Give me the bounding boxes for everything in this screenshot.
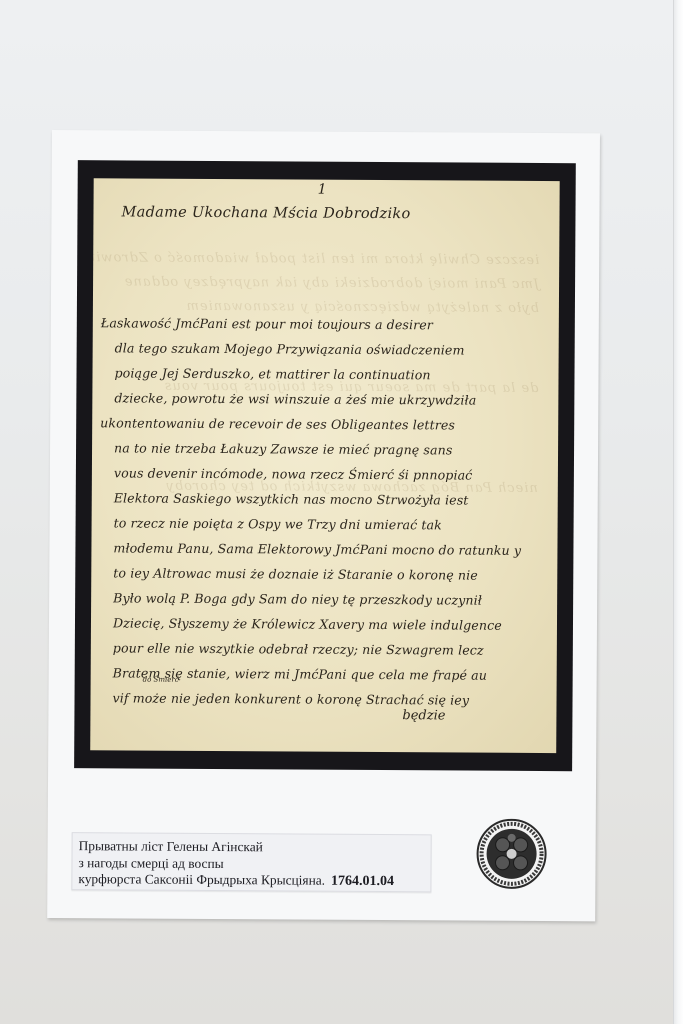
letter-line: dziecke, powrotu że wsi winszuie a żeś m… — [100, 385, 556, 413]
letter-line: vous devenir incómode, nowa rzecz Śmierć… — [100, 460, 556, 488]
letter-salutation: Madame Ukochana Mścia Dobrodziko — [121, 204, 410, 222]
caption-line-1: Прыватны ліст Гелены Агінскай — [79, 838, 431, 857]
caption-line-3-text: курфюрста Саксоніі Фрыдрыха Крысціяна. — [78, 871, 325, 888]
historic-letter: ieszcze Chwilę ktora mi ten list podał w… — [90, 178, 559, 753]
letter-line: na to nie trzeba Łakuzy Zawsze ie mieć p… — [100, 435, 556, 463]
letter-line: ukontentowaniu de recevoir de ses Oblige… — [100, 410, 556, 438]
black-frame: ieszcze Chwilę ktora mi ten list podał w… — [74, 160, 576, 771]
exhibit-poster: ieszcze Chwilę ktora mi ten list podał w… — [47, 130, 600, 921]
letter-line: Dziecię, Słyszemy że Królewicz Xavery ma… — [99, 610, 555, 638]
letter-line: to rzecz nie poięta z Ospy we Trzy dni u… — [100, 510, 556, 538]
wall-corner-edge — [673, 0, 683, 1024]
letter-line: Było wolą P. Boga gdy Sam do niey tę prz… — [99, 585, 555, 613]
letter-line: pour elle nie wszytkie odebrał rzeczy; n… — [99, 635, 555, 663]
letter-line: Elektora Saskiego wszytkich nas mocno St… — [100, 485, 556, 513]
library-seal-icon — [475, 818, 547, 890]
letter-line: Bratem się stanie, wierz mi JmćPani que … — [99, 660, 555, 688]
letter-line: Łaskawość JmćPani est pour moi toujours … — [101, 310, 557, 338]
ink-bleed-through: Jmc Pani moiej dobrodzieki aby iak naypr… — [113, 274, 539, 292]
ink-bleed-through: ieszcze Chwilę ktora mi ten list podał w… — [113, 250, 539, 268]
interlinear-note: do Śmierć — [143, 676, 179, 684]
exhibit-caption: Прыватны ліст Гелены Агінскай з нагоды с… — [71, 832, 431, 892]
page-number: 1 — [318, 182, 327, 198]
letter-line: młodemu Panu, Sama Elektorowy JmćPani mo… — [99, 535, 555, 563]
letter-line: to iey Altrowac musi że doznaie iż Stara… — [99, 560, 555, 588]
caption-line-3: курфюрста Саксоніі Фрыдрыха Крысціяна.17… — [78, 871, 430, 891]
letter-line: vif może nie jeden konkurent o koronę St… — [98, 685, 554, 713]
letter-body: Łaskawość JmćPani est pour moi toujours … — [98, 310, 556, 713]
letter-closing-word: będzie — [402, 708, 445, 723]
letter-line: poiąge Jej Serduszko, et mattirer la con… — [100, 360, 556, 388]
caption-date: 1764.01.04 — [331, 874, 394, 889]
letter-line: dla tego szukam Mojego Przywiązania oświ… — [101, 335, 557, 363]
